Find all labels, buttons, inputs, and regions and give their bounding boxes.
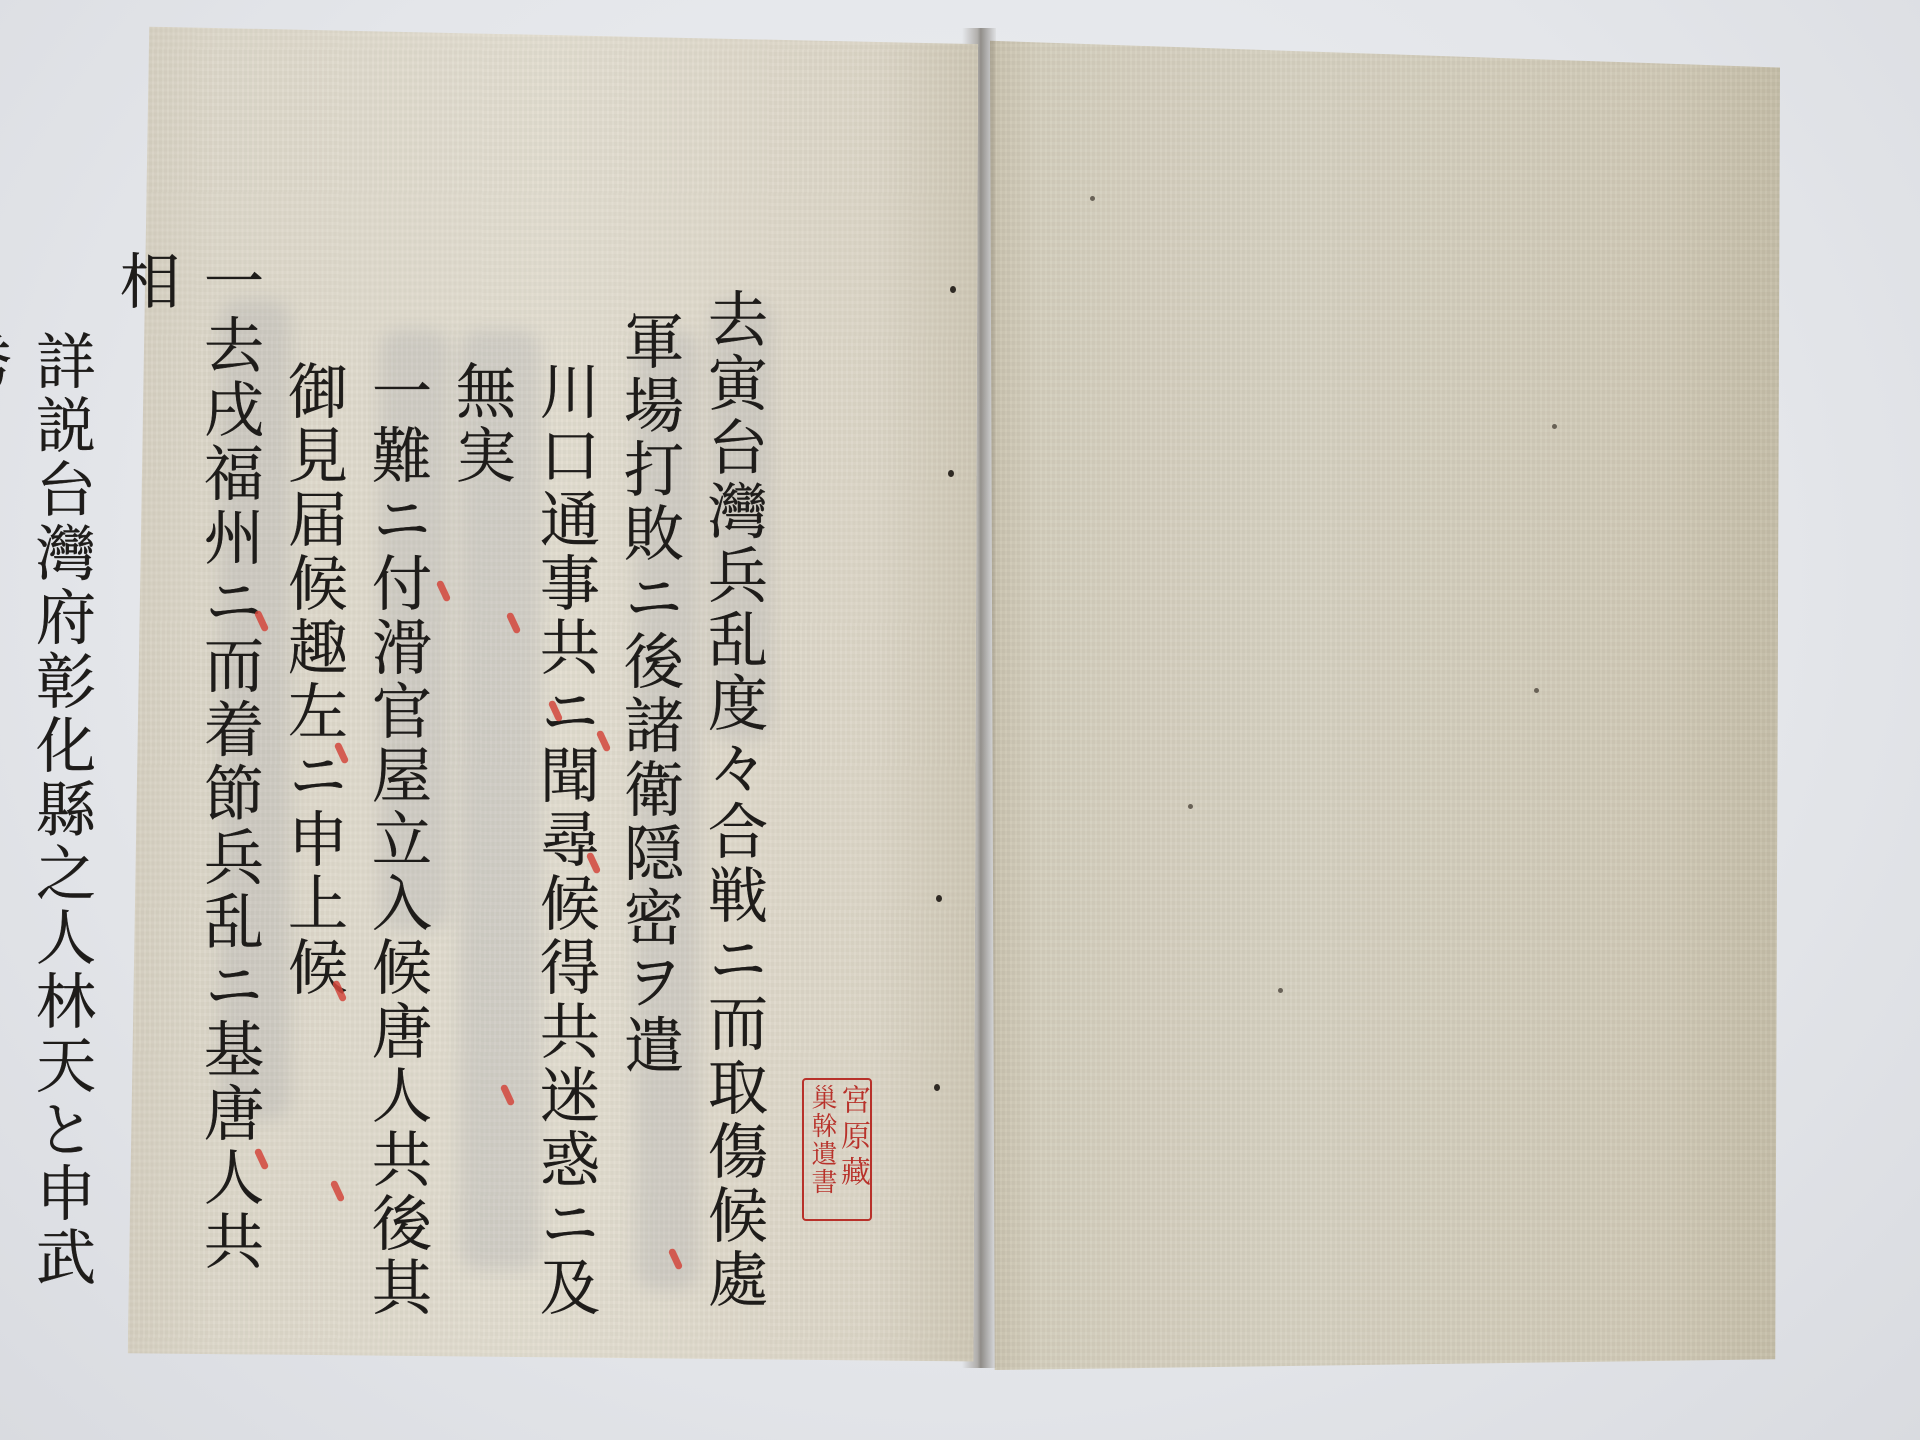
seal-text-left: 巢榦遺書	[807, 1084, 837, 1215]
text-column-2: 軍場打敗ニ後諸衛隠密ヲ遣	[607, 240, 691, 1320]
right-page-blank	[990, 30, 1780, 1370]
collector-seal: 巢榦遺書 宮原藏	[802, 1078, 872, 1221]
text-column-7: 詳説台灣府彰化縣之人林天と申武秀	[0, 240, 103, 1320]
open-book: 去寅台灣兵乱度々合戦ニ而取傷候處 軍場打敗ニ後諸衛隠密ヲ遣 川口通事共ニ聞尋候得…	[0, 0, 1920, 1440]
text-column-1: 去寅台灣兵乱度々合戦ニ而取傷候處	[691, 240, 775, 1320]
paper-speck	[1534, 688, 1539, 693]
paper-speck	[1278, 988, 1283, 993]
text-column-5: 御見届候趣左ニ申上候	[271, 240, 355, 1320]
text-column-6: 一去戌福州ニ而着節兵乱ニ基唐人共相	[103, 240, 271, 1320]
paper-speck	[1188, 804, 1193, 809]
text-column-4: 一難ニ付滑官屋立入候唐人共後其	[355, 240, 439, 1320]
binding-hole	[950, 286, 956, 293]
seal-text-right: 宮原藏	[837, 1084, 867, 1215]
binding-hole	[936, 895, 942, 902]
paper-speck	[1090, 196, 1095, 201]
binding-hole	[948, 470, 954, 477]
binding-hole	[934, 1084, 940, 1091]
text-column-3: 川口通事共ニ聞尋候得共迷惑ニ及無実	[439, 240, 607, 1320]
manuscript-text: 去寅台灣兵乱度々合戦ニ而取傷候處 軍場打敗ニ後諸衛隠密ヲ遣 川口通事共ニ聞尋候得…	[185, 240, 775, 1320]
paper-speck	[1552, 424, 1557, 429]
